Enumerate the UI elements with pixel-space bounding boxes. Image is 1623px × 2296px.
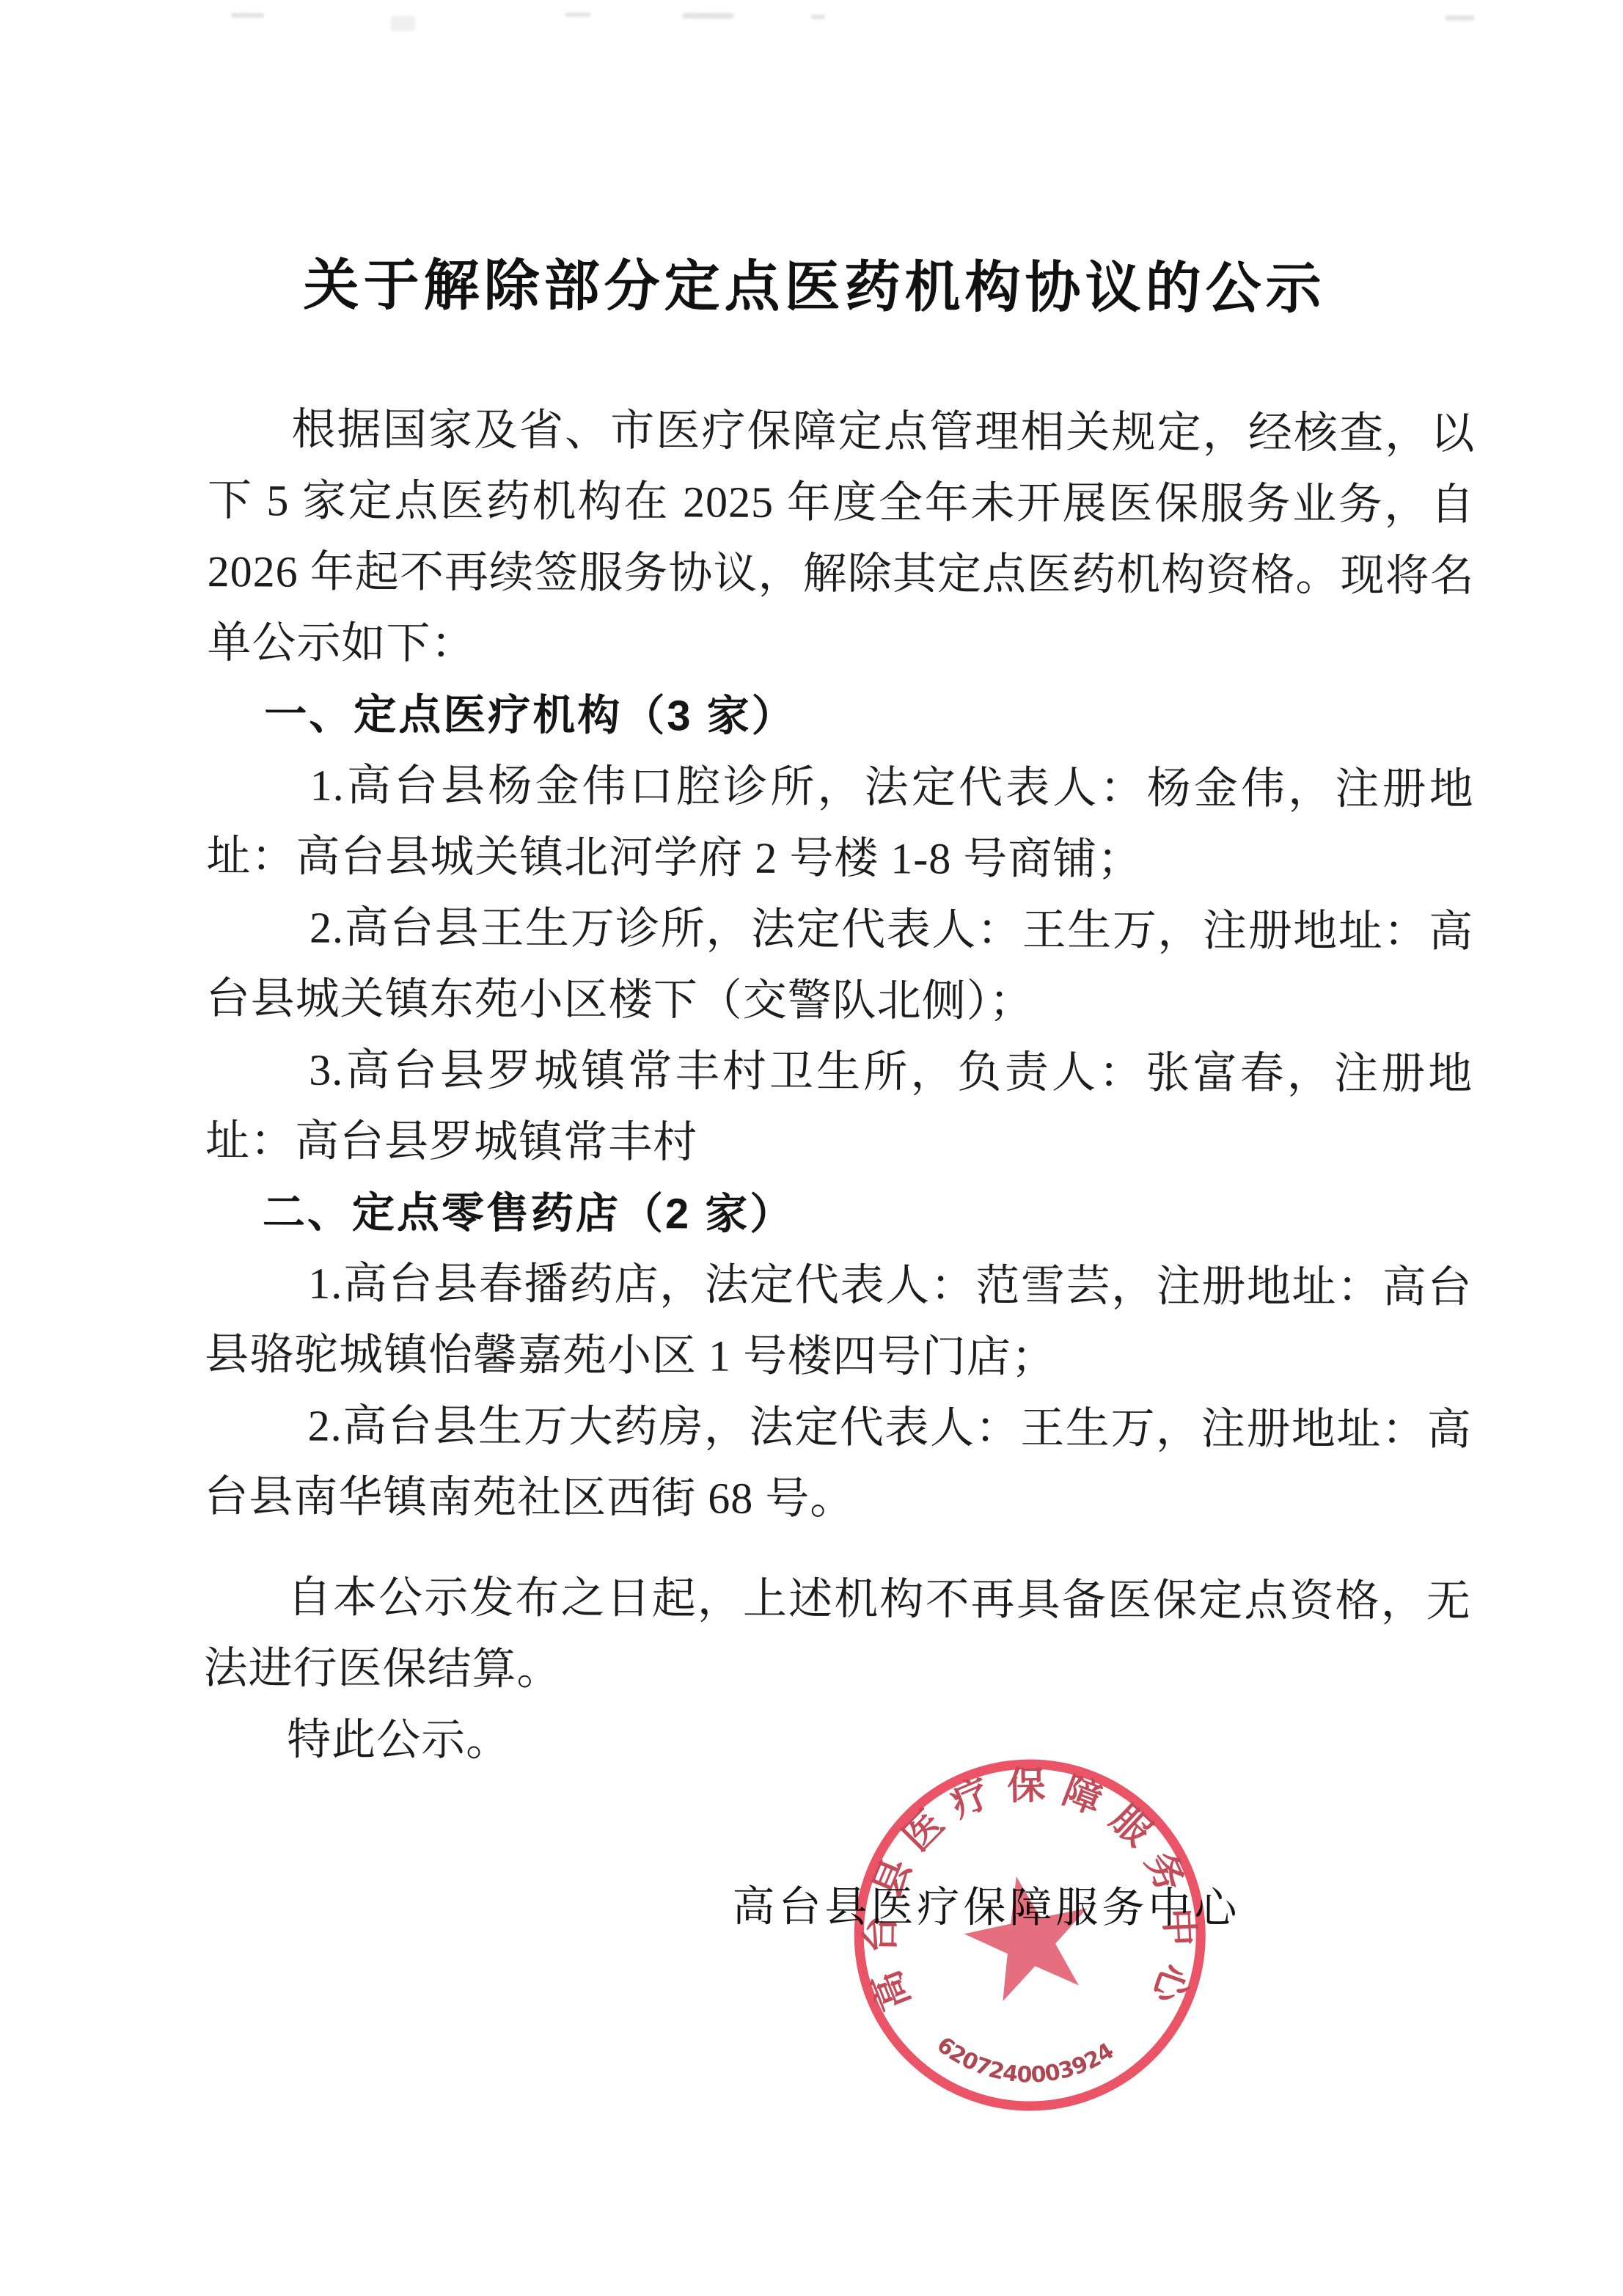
seal-code-number: 6207240003924 — [932, 2032, 1121, 2088]
scan-artifact — [231, 12, 264, 18]
scan-artifact — [390, 16, 415, 31]
intro-paragraph: 根据国家及省、市医疗保障定点管理相关规定，经核查，以下 5 家定点医药机构在 2… — [207, 394, 1475, 683]
scan-artifact — [1445, 15, 1474, 21]
list-item-pharmacy-1: 1.高台县春播药店，法定代表人：范雪芸，注册地址：高台县骆驼城镇怡馨嘉苑小区 1… — [205, 1248, 1473, 1394]
scan-artifact — [682, 12, 733, 18]
section-1-heading: 一、定点医疗机构（3 家） — [207, 679, 1474, 754]
list-item-pharmacy-2: 2.高台县生万大药房，法定代表人：王生万，注册地址：高台县南华镇南苑社区西街 6… — [204, 1390, 1472, 1537]
closing-paragraph: 自本公示发布之日起，上述机构不再具备医保定点资格，无法进行医保结算。 — [203, 1562, 1471, 1708]
scan-artifact — [810, 15, 825, 19]
list-item-medical-1: 1.高台县杨金伟口腔诊所，法定代表人：杨金伟，注册地址：高台县城关镇北河学府 2… — [206, 750, 1474, 896]
list-item-medical-3: 3.高台县罗城镇常丰村卫生所，负责人：张富春，注册地址：高台县罗城镇常丰村 — [205, 1034, 1473, 1181]
scan-artifact — [565, 12, 590, 17]
document-body: 根据国家及省、市医疗保障定点管理相关规定，经核查，以下 5 家定点医药机构在 2… — [203, 394, 1476, 1780]
scanned-notice-page: 关于解除部分定点医药机构协议的公示 根据国家及省、市医疗保障定点管理相关规定，经… — [0, 0, 1623, 2296]
official-seal-stamp: 高台县医疗保障服务中心 6207240003924 — [831, 1736, 1228, 2134]
list-item-medical-2: 2.高台县王生万诊所，法定代表人：王生万，注册地址：高台县城关镇东苑小区楼下（交… — [206, 892, 1474, 1039]
section-2-heading: 二、定点零售药店（2 家） — [205, 1177, 1473, 1252]
page-title: 关于解除部分定点医药机构协议的公示 — [3, 248, 1623, 327]
seal-ring-text-curved: 高台县医疗保障服务中心 — [860, 1764, 1201, 2017]
seal-star-icon — [955, 1863, 1102, 2006]
